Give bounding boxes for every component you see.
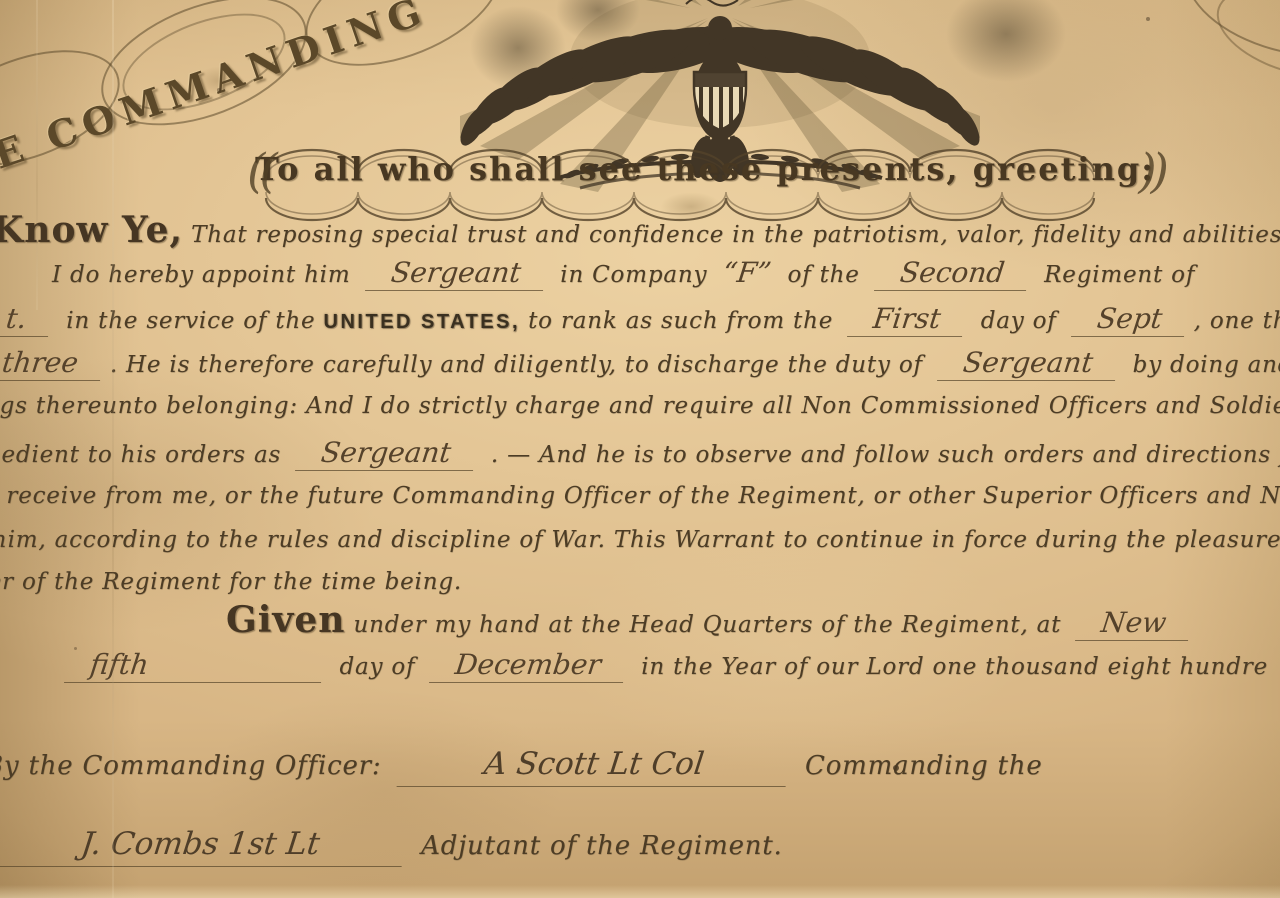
regiment-at-text: Regiment, at [902, 612, 1070, 638]
right-flourish: )) [1138, 144, 1163, 199]
state-fragment: t. [0, 304, 52, 337]
given: Given [226, 599, 345, 641]
commanding-the-text: Commanding the [796, 751, 1043, 781]
year-text-fragment: , one thousan [1194, 308, 1280, 334]
given-day-fill: fifth [64, 650, 325, 683]
greeting-line: (( To all who shall see these presents, … [255, 150, 1155, 188]
given-month-fill: December [429, 650, 627, 683]
adjutant-signature: J. Combs 1st Lt [0, 828, 406, 867]
document-line-5: ngs thereunto belonging: And I do strict… [0, 394, 1280, 418]
officer-time-text: cer of the Regiment for the time being. [0, 569, 462, 595]
warrant-document-photo: HE COMMANDING [0, 0, 1280, 898]
commander-signature: A Scott Lt Col [396, 748, 790, 787]
corner-flourish-oval [1170, 0, 1280, 78]
place-fill: New [1075, 608, 1192, 641]
preamble-text: That reposing special trust and confiden… [183, 222, 1280, 248]
given-day-of-text: day of [331, 654, 423, 680]
document-line-given: Given under my hand at the Head Quarters… [226, 602, 1198, 641]
observe-text: . — And he is to observe and follow such… [483, 442, 1280, 468]
document-line-8: him, according to the rules and discipli… [0, 528, 1280, 552]
orders-rank-fill: Sergeant [295, 438, 477, 471]
greeting-text: To all who shall see these presents, gre… [255, 150, 1155, 188]
day-fill: First [847, 304, 966, 337]
performing-fragment: by doing and pe [1125, 352, 1280, 378]
document-line-6: bedient to his orders as Sergeant . — An… [0, 438, 1280, 471]
paper-speck [893, 765, 899, 771]
document-line-7: ll receive from me, or the future Comman… [0, 484, 1280, 508]
document-line-1: Know Ye, That reposing special trust and… [0, 212, 1280, 250]
signature-line-commander: By the Commanding Officer: A Scott Lt Co… [0, 748, 1043, 787]
photo-bottom-edge [0, 885, 1280, 898]
day-of-text: day of [973, 308, 1065, 334]
obedient-text: bedient to his orders as [0, 442, 289, 468]
document-line-3: t. in the service of the UNITED STATES, … [0, 304, 1280, 337]
document-line-date: fifth day of December in the Year of our… [58, 650, 1268, 683]
company-letter-fill: “F” [722, 258, 774, 287]
appoint-text: I do hereby appoint him [52, 262, 359, 288]
year-fragment: three [0, 348, 104, 381]
month-fill: Sept [1071, 304, 1188, 337]
document-line-2: I do hereby appoint him Sergeant in Comp… [52, 258, 1195, 291]
rank-from-text: to rank as such from the [520, 308, 841, 334]
of-the-text: of the [779, 262, 867, 288]
receive-text: ll receive from me, or the future Comman… [0, 483, 1280, 509]
adjutant-title-text: Adjutant of the Regiment. [412, 831, 783, 861]
headquarters-text: under my hand at the Head Quarters of th… [345, 612, 901, 638]
paper-speck [217, 88, 221, 92]
paper-speck [1146, 17, 1150, 21]
paper-speck [74, 647, 77, 650]
duty-rank-fill: Sergeant [937, 348, 1119, 381]
signature-line-adjutant: J. Combs 1st Lt Adjutant of the Regiment… [0, 828, 783, 867]
service-text: in the service of the [58, 308, 323, 334]
left-flourish: (( [247, 144, 272, 199]
given-year-text: in the Year of our Lord one thousand eig… [633, 654, 1268, 680]
company-text: in Company [552, 262, 715, 288]
charge-text: ngs thereunto belonging: And I do strict… [0, 393, 1280, 419]
by-commanding-officer-text: By the Commanding Officer: [0, 751, 391, 781]
document-line-4: three. He is therefore carefully and dil… [0, 348, 1280, 381]
know-ye: Know Ye, [0, 209, 183, 251]
discipline-text: him, according to the rules and discipli… [0, 527, 1280, 553]
corner-flourish-oval [1205, 0, 1280, 94]
united-states-stamp: UNITED STATES, [324, 311, 520, 333]
duty-text: . He is therefore carefully and diligent… [110, 352, 931, 378]
rank-fill: Sergeant [365, 258, 547, 291]
regiment-text: Regiment of [1036, 262, 1195, 288]
document-line-9: cer of the Regiment for the time being. [0, 570, 462, 594]
regiment-number-fill: Second [874, 258, 1030, 291]
